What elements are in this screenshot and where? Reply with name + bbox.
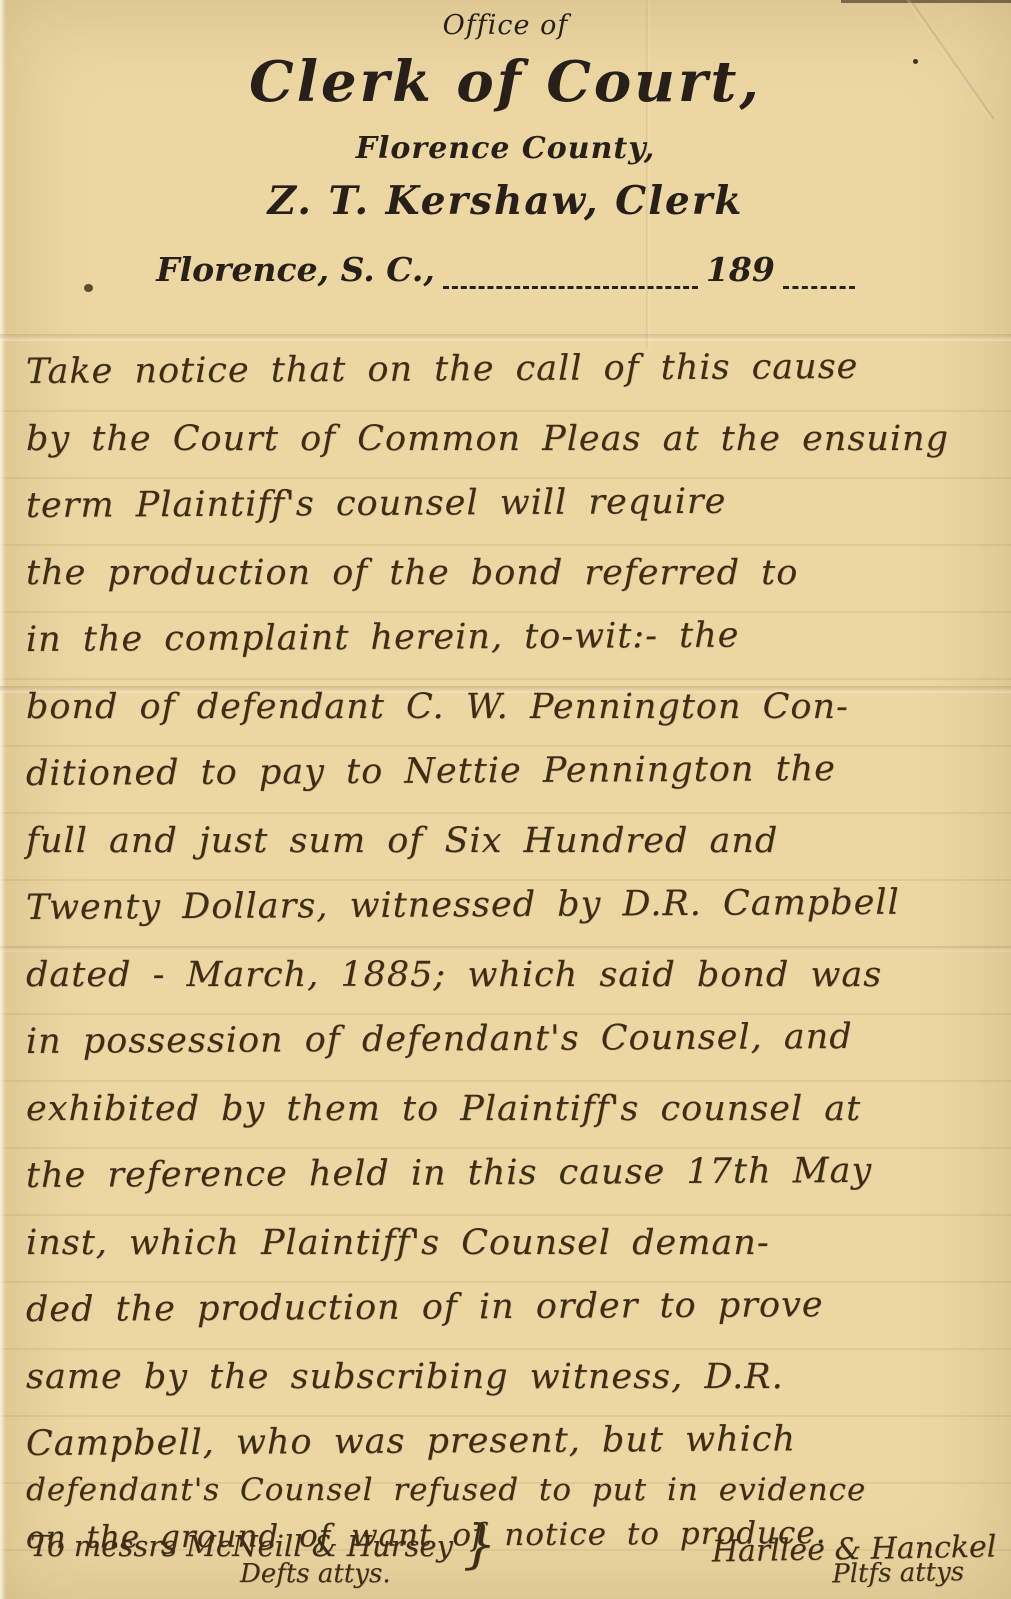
document-page: Office of Clerk of Court, Florence Count… — [0, 0, 1011, 1599]
handwritten-line: term Plaintiff's counsel will require — [26, 480, 995, 553]
handwritten-line: in possession of defendant's Counsel, an… — [26, 1016, 995, 1089]
date-blank-line — [443, 260, 698, 289]
handwritten-line: inst, which Plaintiff's Counsel deman- — [26, 1223, 995, 1290]
handwritten-line: Twenty Dollars, witnessed by D.R. Campbe… — [26, 882, 995, 955]
date-line: Florence, S. C., 189 — [0, 250, 1011, 289]
letterhead: Office of Clerk of Court, Florence Count… — [0, 10, 1011, 289]
handwritten-line: ditioned to pay to Nettie Pennington the — [26, 748, 995, 821]
handwritten-line: full and just sum of Six Hundred and — [26, 821, 995, 888]
handwritten-line: the production of the bond referred to — [26, 553, 995, 620]
handwritten-line: same by the subscribing witness, D.R. — [26, 1357, 995, 1424]
curly-brace: } — [463, 1525, 496, 1567]
handwritten-line: by the Court of Common Pleas at the ensu… — [26, 419, 995, 486]
handwritten-line: bond of defendant C. W. Pennington Con- — [26, 687, 995, 754]
handwritten-body: Take notice that on the call of this cau… — [26, 352, 995, 1568]
letterhead-office-of: Office of — [0, 10, 1011, 41]
date-year-prefix: 189 — [706, 250, 775, 289]
date-city-state: Florence, S. C., — [156, 250, 435, 289]
handwritten-line: ded the production of in order to prove — [26, 1284, 995, 1357]
fold-crease — [0, 334, 1011, 341]
handwritten-line: exhibited by them to Plaintiff's counsel… — [26, 1089, 995, 1156]
handwritten-line: Campbell, who was present, but which — [26, 1418, 995, 1472]
handwritten-line: defendant's Counsel refused to put in ev… — [26, 1472, 995, 1520]
signature-block: To messrs McNeill & Hursey } Defts attys… — [30, 1525, 997, 1589]
handwritten-line: Take notice that on the call of this cau… — [26, 346, 995, 419]
letterhead-county: Florence County, — [0, 131, 1011, 166]
handwritten-line: the reference held in this cause 17th Ma… — [26, 1150, 995, 1223]
plaintiffs-attorneys-block: Harllee & Hanckel Pltfs attys — [712, 1530, 998, 1592]
defendants-attorneys-label: Defts attys. — [240, 1559, 496, 1589]
defendants-attorneys-block: To messrs McNeill & Hursey } Defts attys… — [30, 1525, 496, 1589]
letterhead-clerk-name: Z. T. Kershaw, Clerk — [0, 178, 1011, 224]
letterhead-title: Clerk of Court, — [0, 49, 1011, 115]
paper-top-edge — [841, 0, 1011, 3]
date-blank-line-short — [783, 260, 855, 289]
handwritten-line: dated - March, 1885; which said bond was — [26, 955, 995, 1022]
handwritten-line: in the complaint herein, to-wit:- the — [26, 614, 995, 687]
